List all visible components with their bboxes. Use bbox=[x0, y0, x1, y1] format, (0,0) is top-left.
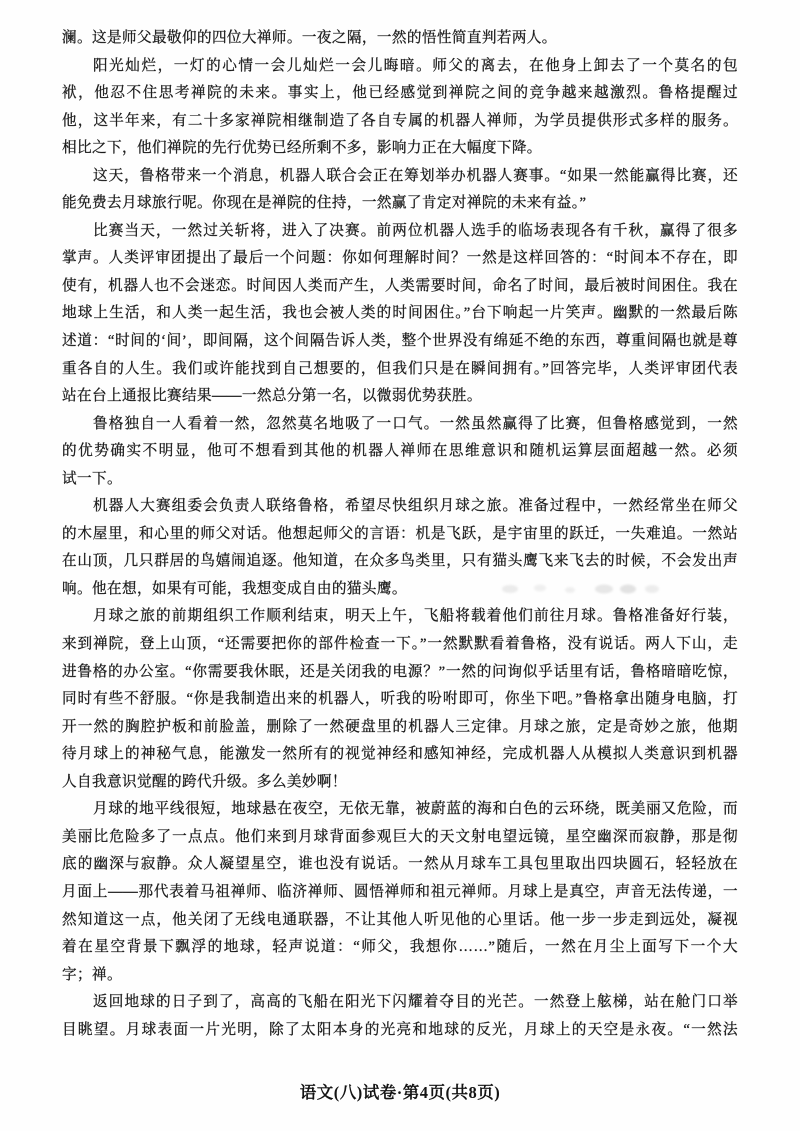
text-line: 返回地球的日子到了，高高的飞船在阳光下闪耀着夺目的光芒。一然登上舷梯，站在舱门口… bbox=[62, 989, 738, 1017]
text-line: 然知道这一点，他关闭了无线电通联器，不让其他人听见他的心里话。他一步一步走到远处… bbox=[62, 907, 738, 935]
text-line: 目眺望。月球表面一片光明，除了太阳本身的光亮和地球的反光，月球上的天空是永夜。“… bbox=[62, 1017, 738, 1045]
text-line: 他，这半年来，有二十多家禅院相继制造了各自专属的机器人禅师，为学员提供形式多样的… bbox=[62, 108, 738, 136]
text-line: 的优势确实不明显，他可不想看到其他的机器人禅师在思维意识和随机运算层面超越一然。… bbox=[62, 438, 738, 466]
text-line: 的木屋里，和心里的师父对话。他想起师父的言语：机是飞跃，是宇宙里的跃迁，一失难追… bbox=[62, 521, 738, 549]
text-line: 能免费去月球旅行呢。你现在是禅院的住持，一然赢了肯定对禅院的未来有益。” bbox=[62, 190, 738, 218]
text-line: 澜。这是师父最敬仰的四位大禅师。一夜之隔，一然的悟性简直判若两人。 bbox=[62, 25, 738, 53]
text-line: 述道：“时间的‘间’，即间隔，这个间隔告诉人类，整个世界没有绵延不绝的东西，尊重… bbox=[62, 328, 738, 356]
text-line: 站在台上通报比赛结果——一然总分第一名，以微弱优势获胜。 bbox=[62, 383, 738, 411]
text-line: 机器人大赛组委会负责人联络鲁格，希望尽快组织月球之旅。准备过程中，一然经常坐在师… bbox=[62, 493, 738, 521]
page-footer: 语文(八)试卷·第4页(共8页) bbox=[0, 1079, 800, 1103]
text-line: 鲁格独自一人看着一然，忽然莫名地吸了一口气。一然虽然赢得了比赛，但鲁格感觉到，一… bbox=[62, 411, 738, 439]
text-line: 美丽比危险多了一点点。他们来到月球背面参观巨大的天文射电望远镜，星空幽深而寂静，… bbox=[62, 824, 738, 852]
text-line: 比赛当天，一然过关斩将，进入了决赛。前两位机器人选手的临场表现各有千秋，赢得了很… bbox=[62, 218, 738, 246]
text-line: 月球的地平线很短，地球悬在夜空，无依无靠，被蔚蓝的海和白色的云环绕，既美丽又危险… bbox=[62, 796, 738, 824]
exam-page: 澜。这是师父最敬仰的四位大禅师。一夜之隔，一然的悟性简直判若两人。阳光灿烂，一灯… bbox=[0, 0, 800, 1131]
text-line: 底的幽深与寂静。众人凝望星空，谁也没有说话。一然从月球车工具包里取出四块圆石，轻… bbox=[62, 851, 738, 879]
text-line: 掌声。人类评审团提出了最后一个问题：你如何理解时间？一然是这样回答的：“时间本不… bbox=[62, 245, 738, 273]
text-line: 使有，机器人也不会迷恋。时间因人类而产生，人类需要时间，命名了时间，最后被时间困… bbox=[62, 273, 738, 301]
text-line: 重各自的人生。我们或许能找到自己想要的，但我们只是在瞬间拥有。”回答完毕，人类评… bbox=[62, 356, 738, 384]
text-line: 月球之旅的前期组织工作顺利结束，明天上午，飞船将载着他们前往月球。鲁格准备好行装… bbox=[62, 603, 738, 631]
text-line: 同时有些不舒服。“你是我制造出来的机器人，听我的吩咐即可，你坐下吧。”鲁格拿出随… bbox=[62, 686, 738, 714]
text-line: 来到禅院，登上山顶，“还需要把你的部件检查一下。”一然默默看着鲁格，没有说话。两… bbox=[62, 631, 738, 659]
text-line: 进鲁格的办公室。“你需要我休眠，还是关闭我的电源？”一然的问询似乎话里有话，鲁格… bbox=[62, 659, 738, 687]
text-line: 开一然的胸腔护板和前脸盖，删除了一然硬盘里的机器人三定律。月球之旅，定是奇妙之旅… bbox=[62, 714, 738, 742]
text-line: 响。他在想，如果有可能，我想变成自由的猫头鹰。 bbox=[62, 576, 738, 604]
text-line: 这天，鲁格带来一个消息，机器人联合会正在筹划举办机器人赛事。“如果一然能赢得比赛… bbox=[62, 163, 738, 191]
text-line: 阳光灿烂，一灯的心情一会儿灿烂一会儿晦暗。师父的离去，在他身上卸去了一个莫名的包 bbox=[62, 53, 738, 81]
text-line: 待月球上的神秘气息，能激发一然所有的视觉神经和感知神经，完成机器人从模拟人类意识… bbox=[62, 741, 738, 769]
text-line: 地球上生活，和人类一起生活，我也会被人类的时间困住。”台下响起一片笑声。幽默的一… bbox=[62, 300, 738, 328]
text-line: 人自我意识觉醒的跨代升级。多么美妙啊！ bbox=[62, 769, 738, 797]
text-line: 相比之下，他们禅院的先行优势已经所剩不多，影响力正在大幅度下降。 bbox=[62, 135, 738, 163]
text-line: 字；禅。 bbox=[62, 962, 738, 990]
text-line: 在山顶，几只群居的鸟嬉闹追逐。他知道，在众多鸟类里，只有猫头鹰飞来飞去的时候，不… bbox=[62, 548, 738, 576]
document-body: 澜。这是师父最敬仰的四位大禅师。一夜之隔，一然的悟性简直判若两人。阳光灿烂，一灯… bbox=[62, 25, 738, 1044]
text-line: 试一下。 bbox=[62, 466, 738, 494]
text-line: 着在星空背景下飘浮的地球，轻声说道：“师父，我想你……”随后，一然在月尘上面写下… bbox=[62, 934, 738, 962]
text-line: 袱，他忍不住思考禅院的未来。事实上，他已经感觉到禅院之间的竞争越来越激烈。鲁格提… bbox=[62, 80, 738, 108]
text-line: 月面上——那代表着马祖禅师、临济禅师、圆悟禅师和祖元禅师。月球上是真空，声音无法… bbox=[62, 879, 738, 907]
